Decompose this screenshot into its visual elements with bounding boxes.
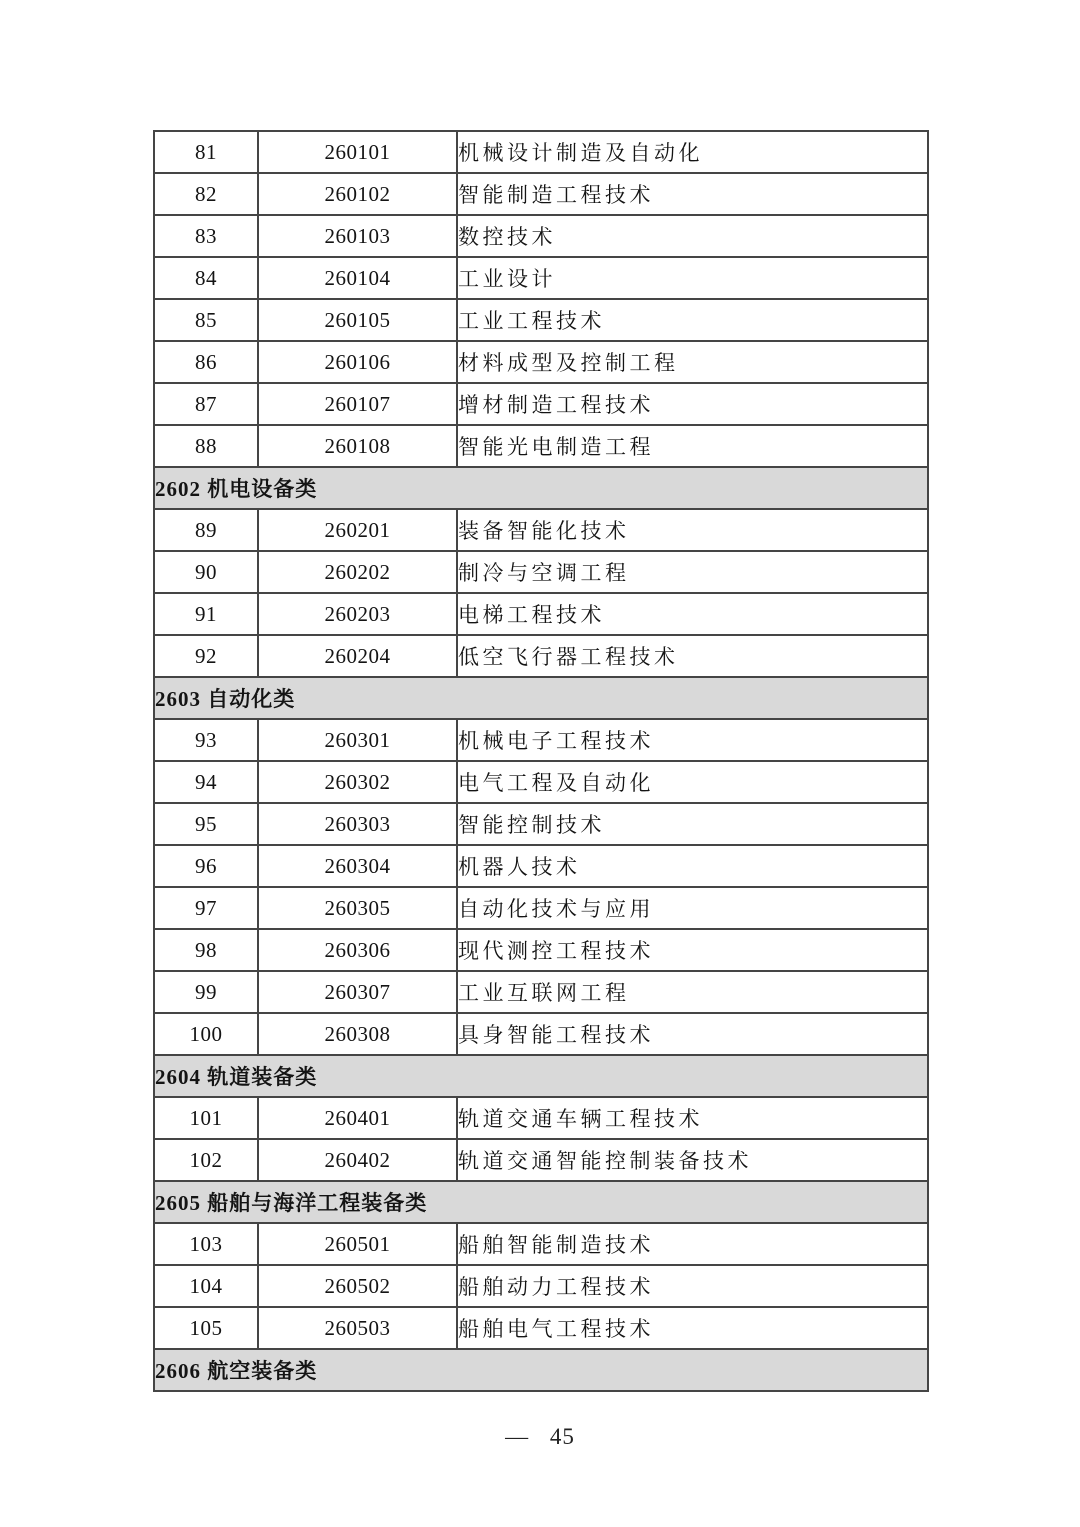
row-number: 100 <box>154 1013 258 1055</box>
major-name: 自动化技术与应用 <box>457 887 928 929</box>
major-code: 260501 <box>258 1223 457 1265</box>
row-number: 84 <box>154 257 258 299</box>
table-row: 82260102智能制造工程技术 <box>154 173 928 215</box>
majors-table-body: 81260101机械设计制造及自动化82260102智能制造工程技术832601… <box>154 131 928 1391</box>
major-code: 260103 <box>258 215 457 257</box>
major-code: 260304 <box>258 845 457 887</box>
major-name: 船舶电气工程技术 <box>457 1307 928 1349</box>
row-number: 92 <box>154 635 258 677</box>
major-code: 260302 <box>258 761 457 803</box>
major-code: 260202 <box>258 551 457 593</box>
row-number: 97 <box>154 887 258 929</box>
table-row: 83260103数控技术 <box>154 215 928 257</box>
section-header-row: 2602 机电设备类 <box>154 467 928 509</box>
major-code: 260203 <box>258 593 457 635</box>
major-name: 工业互联网工程 <box>457 971 928 1013</box>
major-code: 260107 <box>258 383 457 425</box>
row-number: 102 <box>154 1139 258 1181</box>
section-header-row: 2606 航空装备类 <box>154 1349 928 1391</box>
row-number: 90 <box>154 551 258 593</box>
major-name: 工业设计 <box>457 257 928 299</box>
table-row: 98260306现代测控工程技术 <box>154 929 928 971</box>
table-row: 81260101机械设计制造及自动化 <box>154 131 928 173</box>
major-name: 智能制造工程技术 <box>457 173 928 215</box>
major-name: 现代测控工程技术 <box>457 929 928 971</box>
major-code: 260102 <box>258 173 457 215</box>
row-number: 89 <box>154 509 258 551</box>
major-name: 机械电子工程技术 <box>457 719 928 761</box>
major-name: 材料成型及控制工程 <box>457 341 928 383</box>
row-number: 99 <box>154 971 258 1013</box>
section-header-row: 2604 轨道装备类 <box>154 1055 928 1097</box>
major-code: 260307 <box>258 971 457 1013</box>
major-name: 低空飞行器工程技术 <box>457 635 928 677</box>
table-row: 105260503船舶电气工程技术 <box>154 1307 928 1349</box>
row-number: 88 <box>154 425 258 467</box>
table-row: 101260401轨道交通车辆工程技术 <box>154 1097 928 1139</box>
major-name: 机器人技术 <box>457 845 928 887</box>
major-name: 装备智能化技术 <box>457 509 928 551</box>
table-row: 94260302电气工程及自动化 <box>154 761 928 803</box>
major-code: 260104 <box>258 257 457 299</box>
table-row: 104260502船舶动力工程技术 <box>154 1265 928 1307</box>
major-code: 260306 <box>258 929 457 971</box>
table-row: 86260106材料成型及控制工程 <box>154 341 928 383</box>
major-code: 260503 <box>258 1307 457 1349</box>
table-row: 87260107增材制造工程技术 <box>154 383 928 425</box>
table-row: 89260201装备智能化技术 <box>154 509 928 551</box>
major-code: 260303 <box>258 803 457 845</box>
major-name: 增材制造工程技术 <box>457 383 928 425</box>
major-code: 260105 <box>258 299 457 341</box>
major-code: 260201 <box>258 509 457 551</box>
row-number: 93 <box>154 719 258 761</box>
table-row: 97260305自动化技术与应用 <box>154 887 928 929</box>
majors-table: 81260101机械设计制造及自动化82260102智能制造工程技术832601… <box>153 130 929 1392</box>
table-row: 85260105工业工程技术 <box>154 299 928 341</box>
table-row: 103260501船舶智能制造技术 <box>154 1223 928 1265</box>
section-header-label: 2604 轨道装备类 <box>154 1055 928 1097</box>
table-row: 93260301机械电子工程技术 <box>154 719 928 761</box>
major-code: 260308 <box>258 1013 457 1055</box>
major-name: 船舶智能制造技术 <box>457 1223 928 1265</box>
major-code: 260305 <box>258 887 457 929</box>
document-page: 81260101机械设计制造及自动化82260102智能制造工程技术832601… <box>0 0 1080 1527</box>
row-number: 82 <box>154 173 258 215</box>
table-row: 92260204低空飞行器工程技术 <box>154 635 928 677</box>
major-name: 智能光电制造工程 <box>457 425 928 467</box>
table-row: 100260308具身智能工程技术 <box>154 1013 928 1055</box>
major-code: 260106 <box>258 341 457 383</box>
table-row: 95260303智能控制技术 <box>154 803 928 845</box>
section-header-label: 2602 机电设备类 <box>154 467 928 509</box>
row-number: 104 <box>154 1265 258 1307</box>
row-number: 98 <box>154 929 258 971</box>
major-name: 智能控制技术 <box>457 803 928 845</box>
table-row: 90260202制冷与空调工程 <box>154 551 928 593</box>
page-number: — 45 <box>0 1424 1080 1450</box>
major-name: 工业工程技术 <box>457 299 928 341</box>
section-header-row: 2603 自动化类 <box>154 677 928 719</box>
section-header-label: 2606 航空装备类 <box>154 1349 928 1391</box>
major-code: 260502 <box>258 1265 457 1307</box>
row-number: 94 <box>154 761 258 803</box>
row-number: 81 <box>154 131 258 173</box>
table-row: 91260203电梯工程技术 <box>154 593 928 635</box>
major-code: 260401 <box>258 1097 457 1139</box>
major-code: 260108 <box>258 425 457 467</box>
major-code: 260204 <box>258 635 457 677</box>
major-name: 轨道交通智能控制装备技术 <box>457 1139 928 1181</box>
row-number: 83 <box>154 215 258 257</box>
row-number: 101 <box>154 1097 258 1139</box>
major-name: 机械设计制造及自动化 <box>457 131 928 173</box>
table-row: 88260108智能光电制造工程 <box>154 425 928 467</box>
major-name: 制冷与空调工程 <box>457 551 928 593</box>
section-header-label: 2603 自动化类 <box>154 677 928 719</box>
table-row: 84260104工业设计 <box>154 257 928 299</box>
row-number: 96 <box>154 845 258 887</box>
table-row: 96260304机器人技术 <box>154 845 928 887</box>
row-number: 91 <box>154 593 258 635</box>
major-name: 具身智能工程技术 <box>457 1013 928 1055</box>
section-header-label: 2605 船舶与海洋工程装备类 <box>154 1181 928 1223</box>
major-name: 数控技术 <box>457 215 928 257</box>
section-header-row: 2605 船舶与海洋工程装备类 <box>154 1181 928 1223</box>
major-code: 260101 <box>258 131 457 173</box>
row-number: 85 <box>154 299 258 341</box>
table-row: 99260307工业互联网工程 <box>154 971 928 1013</box>
major-code: 260402 <box>258 1139 457 1181</box>
row-number: 103 <box>154 1223 258 1265</box>
major-name: 轨道交通车辆工程技术 <box>457 1097 928 1139</box>
major-name: 电梯工程技术 <box>457 593 928 635</box>
row-number: 86 <box>154 341 258 383</box>
table-row: 102260402轨道交通智能控制装备技术 <box>154 1139 928 1181</box>
row-number: 105 <box>154 1307 258 1349</box>
row-number: 87 <box>154 383 258 425</box>
row-number: 95 <box>154 803 258 845</box>
major-name: 船舶动力工程技术 <box>457 1265 928 1307</box>
major-name: 电气工程及自动化 <box>457 761 928 803</box>
major-code: 260301 <box>258 719 457 761</box>
